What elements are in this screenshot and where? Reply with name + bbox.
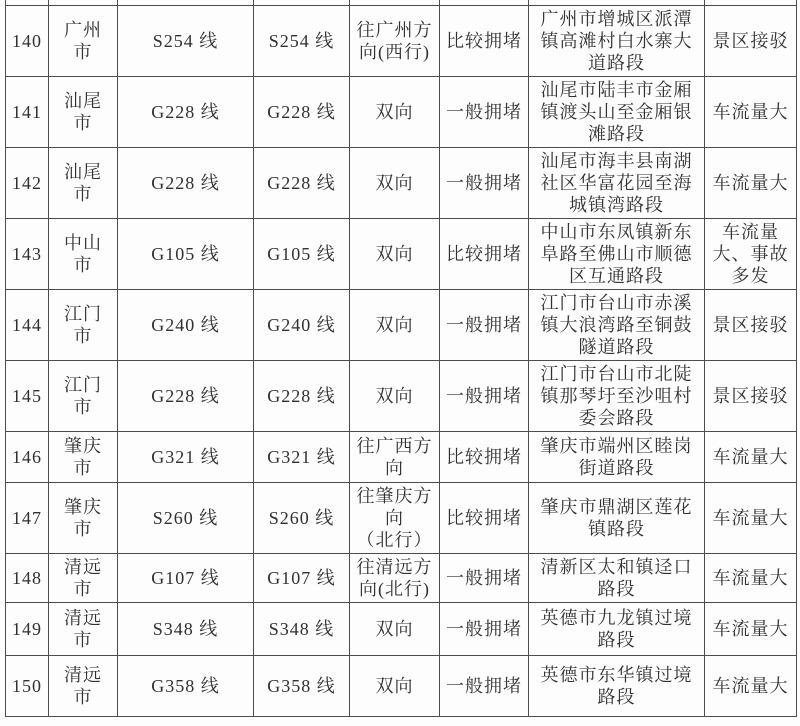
- table-row: 144 江门 市 G240 线 G240 线 双向 一般拥堵 江门市台山市赤溪 …: [6, 290, 797, 361]
- road-line-b-cell: G358 线: [254, 656, 350, 717]
- congestion-reason-cell: 车流量 大、事故 多发: [705, 219, 797, 290]
- road-line-a-cell: G107 线: [118, 554, 254, 603]
- table-row: 146 肇庆 市 G321 线 G321 线 往广西方 向 比较拥堵 肇庆市端州…: [6, 432, 797, 483]
- table-row: 141 汕尾 市 G228 线 G228 线 双向 一般拥堵 汕尾市陆丰市金厢 …: [6, 77, 797, 148]
- table-row: 150 清远 市 G358 线 G358 线 双向 一般拥堵 英德市东华镇过境 …: [6, 656, 797, 717]
- road-line-b-cell: S254 线: [254, 6, 350, 77]
- direction-cell: 双向: [350, 219, 440, 290]
- direction-cell: 双向: [350, 148, 440, 219]
- road-line-b-cell: G228 线: [254, 148, 350, 219]
- row-index: 148: [6, 554, 49, 603]
- road-line-a-cell: S254 线: [118, 6, 254, 77]
- congestion-level-cell: 一般拥堵: [440, 148, 529, 219]
- city-cell: 清远 市: [49, 603, 118, 656]
- direction-cell: 往广西方 向: [350, 432, 440, 483]
- road-section-cell: 英德市东华镇过境 路段: [529, 656, 705, 717]
- row-index: 143: [6, 219, 49, 290]
- congestion-reason-cell: 车流量大: [705, 603, 797, 656]
- row-index: 147: [6, 483, 49, 554]
- road-line-a-cell: G105 线: [118, 219, 254, 290]
- row-index: 142: [6, 148, 49, 219]
- road-section-cell: 广州市增城区派潭 镇高滩村白水寨大 道路段: [529, 6, 705, 77]
- congestion-level-cell: 一般拥堵: [440, 554, 529, 603]
- city-cell: 汕尾 市: [49, 77, 118, 148]
- congestion-reason-cell: 车流量大: [705, 432, 797, 483]
- congestion-level-cell: 比较拥堵: [440, 432, 529, 483]
- congestion-reason-cell: 车流量大: [705, 656, 797, 717]
- road-section-cell: 汕尾市陆丰市金厢 镇渡头山至金厢银 滩路段: [529, 77, 705, 148]
- direction-cell: 往清远方 向(北行): [350, 554, 440, 603]
- city-cell: 肇庆 市: [49, 483, 118, 554]
- city-cell: 清远 市: [49, 656, 118, 717]
- congestion-reason-cell: 景区接驳: [705, 361, 797, 432]
- city-cell: 广州 市: [49, 6, 118, 77]
- road-section-cell: 汕尾市海丰县南湖 社区华富花园至海 城镇湾路段: [529, 148, 705, 219]
- road-section-cell: 英德市九龙镇过境 路段: [529, 603, 705, 656]
- row-index: 144: [6, 290, 49, 361]
- direction-cell: 往肇庆方 向 （北行）: [350, 483, 440, 554]
- congestion-reason-cell: 车流量大: [705, 483, 797, 554]
- congestion-level-cell: 比较拥堵: [440, 6, 529, 77]
- road-section-cell: 江门市台山市赤溪 镇大浪湾路至铜鼓 隧道路段: [529, 290, 705, 361]
- direction-cell: 双向: [350, 361, 440, 432]
- direction-cell: 往广州方 向(西行): [350, 6, 440, 77]
- congestion-reason-cell: 车流量大: [705, 77, 797, 148]
- road-line-b-cell: G240 线: [254, 290, 350, 361]
- row-index: 140: [6, 6, 49, 77]
- table-row: 145 江门 市 G228 线 G228 线 双向 一般拥堵 江门市台山市北陡 …: [6, 361, 797, 432]
- road-line-a-cell: G321 线: [118, 432, 254, 483]
- row-index: 150: [6, 656, 49, 717]
- road-line-b-cell: G228 线: [254, 77, 350, 148]
- row-index: 146: [6, 432, 49, 483]
- road-line-a-cell: S348 线: [118, 603, 254, 656]
- road-line-a-cell: G358 线: [118, 656, 254, 717]
- congestion-level-cell: 一般拥堵: [440, 290, 529, 361]
- congestion-level-cell: 一般拥堵: [440, 656, 529, 717]
- road-section-cell: 清新区太和镇迳口 路段: [529, 554, 705, 603]
- road-line-b-cell: G105 线: [254, 219, 350, 290]
- congestion-reason-cell: 车流量大: [705, 554, 797, 603]
- road-section-cell: 肇庆市鼎湖区莲花 镇路段: [529, 483, 705, 554]
- congestion-level-cell: 一般拥堵: [440, 77, 529, 148]
- congestion-reason-cell: 景区接驳: [705, 6, 797, 77]
- direction-cell: 双向: [350, 77, 440, 148]
- table-row: 143 中山 市 G105 线 G105 线 双向 比较拥堵 中山市东凤镇新东 …: [6, 219, 797, 290]
- road-section-cell: 江门市台山市北陡 镇那琴圩至沙咀村 委会路段: [529, 361, 705, 432]
- direction-cell: 双向: [350, 603, 440, 656]
- row-index: 145: [6, 361, 49, 432]
- road-line-b-cell: S260 线: [254, 483, 350, 554]
- congestion-level-cell: 一般拥堵: [440, 603, 529, 656]
- congestion-reason-cell: 景区接驳: [705, 290, 797, 361]
- table-row: 149 清远 市 S348 线 S348 线 双向 一般拥堵 英德市九龙镇过境 …: [6, 603, 797, 656]
- table-row: 140 广州 市 S254 线 S254 线 往广州方 向(西行) 比较拥堵 广…: [6, 6, 797, 77]
- road-section-cell: 中山市东凤镇新东 阜路至佛山市顺德 区互通路段: [529, 219, 705, 290]
- city-cell: 清远 市: [49, 554, 118, 603]
- city-cell: 江门 市: [49, 361, 118, 432]
- direction-cell: 双向: [350, 656, 440, 717]
- congestion-level-cell: 比较拥堵: [440, 219, 529, 290]
- road-line-a-cell: G228 线: [118, 361, 254, 432]
- congestion-level-cell: 比较拥堵: [440, 483, 529, 554]
- road-line-a-cell: G228 线: [118, 148, 254, 219]
- city-cell: 江门 市: [49, 290, 118, 361]
- road-line-b-cell: G228 线: [254, 361, 350, 432]
- city-cell: 肇庆 市: [49, 432, 118, 483]
- direction-cell: 双向: [350, 290, 440, 361]
- road-section-cell: 肇庆市端州区睦岗 街道路段: [529, 432, 705, 483]
- row-index: 141: [6, 77, 49, 148]
- road-line-b-cell: G321 线: [254, 432, 350, 483]
- road-line-a-cell: G228 线: [118, 77, 254, 148]
- traffic-congestion-table: 140 广州 市 S254 线 S254 线 往广州方 向(西行) 比较拥堵 广…: [5, 0, 797, 717]
- table-row: 147 肇庆 市 S260 线 S260 线 往肇庆方 向 （北行） 比较拥堵 …: [6, 483, 797, 554]
- road-line-b-cell: G107 线: [254, 554, 350, 603]
- row-index: 149: [6, 603, 49, 656]
- congestion-reason-cell: 车流量大: [705, 148, 797, 219]
- road-line-a-cell: G240 线: [118, 290, 254, 361]
- road-line-a-cell: S260 线: [118, 483, 254, 554]
- city-cell: 汕尾 市: [49, 148, 118, 219]
- table-row: 142 汕尾 市 G228 线 G228 线 双向 一般拥堵 汕尾市海丰县南湖 …: [6, 148, 797, 219]
- city-cell: 中山 市: [49, 219, 118, 290]
- road-line-b-cell: S348 线: [254, 603, 350, 656]
- congestion-level-cell: 一般拥堵: [440, 361, 529, 432]
- table-row: 148 清远 市 G107 线 G107 线 往清远方 向(北行) 一般拥堵 清…: [6, 554, 797, 603]
